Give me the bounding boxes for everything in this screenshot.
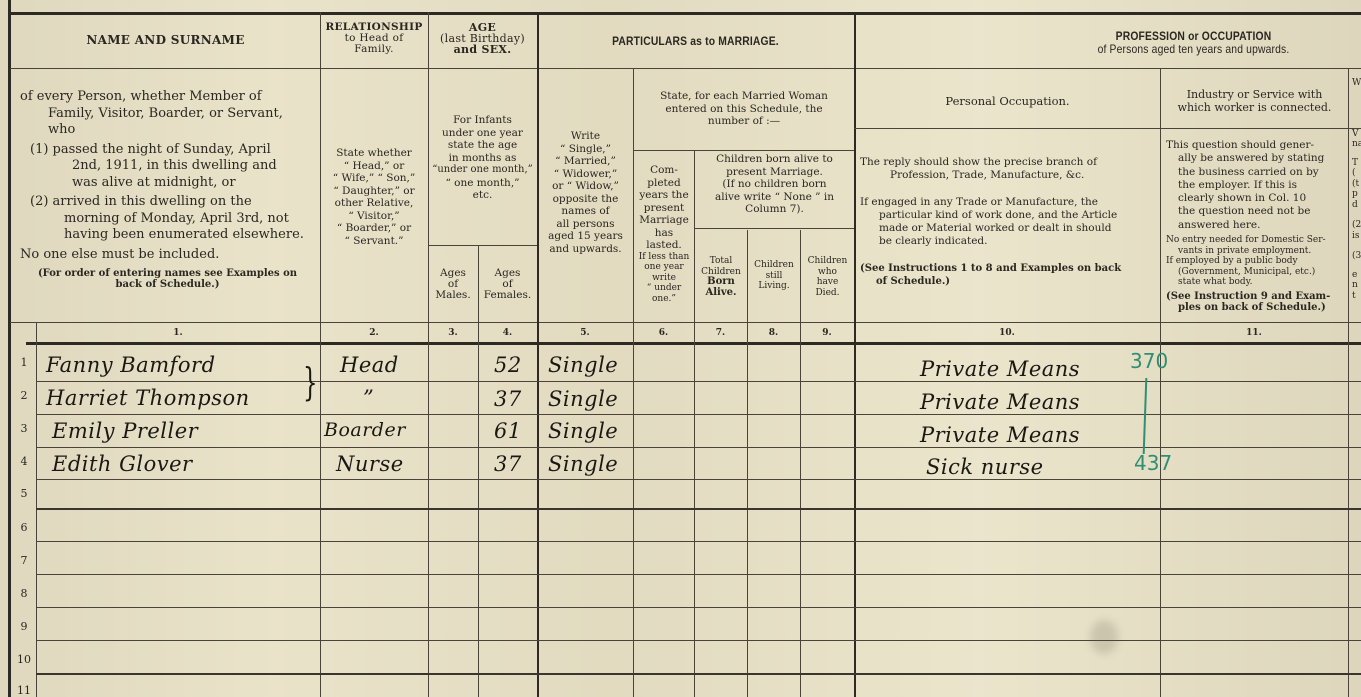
partial-glyph: (3 [1352, 251, 1361, 262]
col-number-9: 9. [800, 328, 854, 338]
col-number-6: 6. [633, 328, 694, 338]
instr-line: vants in private employment. [1166, 246, 1346, 257]
header-relationship: RELATIONSHIP to Head of Family. [320, 22, 428, 55]
instr-line: opposite the [538, 193, 633, 206]
instr-line: particular kind of work done, and the Ar… [860, 209, 1158, 222]
row-number: 1 [14, 356, 34, 369]
instr-line: “ one month,” [428, 177, 537, 190]
instr-line: Com- [634, 164, 694, 177]
row-rule [36, 607, 1361, 608]
instr-line: answered here. [1166, 219, 1346, 232]
row-rule [36, 541, 1361, 542]
instr-line: Children [801, 256, 854, 267]
children-split-rule [694, 228, 854, 229]
partial-glyph: p [1352, 189, 1361, 200]
instr-line: of every Person, whether Member of [20, 89, 315, 106]
entry-marital: Single [548, 452, 618, 476]
instr-line: other Relative, [322, 197, 426, 210]
paper-smudge [1090, 620, 1118, 654]
instr-line: aged 15 years [538, 230, 633, 243]
instr-line: Family, Visitor, Boarder, or Servant, [20, 106, 315, 123]
instr-line: in months as [428, 152, 537, 165]
partial-glyph: e [1352, 270, 1361, 281]
instr-line: The reply should show the precise branch… [860, 156, 1158, 169]
enumerator-ditto-line [1143, 378, 1148, 454]
entry-age-female: 61 [494, 419, 522, 443]
instr-line: years the [634, 189, 694, 202]
instr-line: Children born alive to [695, 153, 854, 166]
instr-line: having been enumerated elsewhere. [20, 227, 315, 244]
children-group-instructions: Children born alive to present Marriage.… [695, 153, 854, 216]
instr-line: “ Wife,” “ Son,” [322, 172, 426, 185]
instr-line: State whether [322, 147, 426, 160]
instr-line: of Schedule.) [860, 275, 1158, 288]
instr-line: Alive. [695, 288, 747, 299]
instr-line: which worker is connected. [1161, 102, 1348, 115]
header-name: NAME AND SURNAME [11, 34, 320, 47]
entry-occupation: Private Means [920, 357, 1080, 381]
instr-line: and upwards. [538, 243, 633, 256]
instr-line: present Marriage. [695, 166, 854, 179]
col-sep-total [694, 150, 695, 697]
instr-line: number of :— [634, 115, 854, 128]
row-number: 4 [14, 455, 34, 468]
instr-line: “ Daughter,” or [322, 185, 426, 198]
row-rule [36, 381, 1361, 382]
children-living-label: Children still Living. [748, 260, 800, 292]
entry-age-female: 37 [494, 387, 522, 411]
row-rule [36, 479, 1361, 480]
instr-line: “ Married,” [538, 155, 633, 168]
years-married-note: If less than one year write “ under one.… [634, 252, 694, 305]
col-sep-age-mf [478, 245, 479, 697]
entry-name: Emily Preller [52, 419, 198, 443]
personal-occupation-instructions: The reply should show the precise branch… [860, 156, 1158, 288]
entry-occupation: Sick nurse [926, 455, 1044, 479]
instr-line: “ Head,” or [322, 160, 426, 173]
instr-line: Born [695, 277, 747, 288]
years-married-instructions: Com- pleted years the present Marriage h… [634, 164, 694, 304]
partial-glyph: V [1352, 129, 1361, 140]
instr-line: who [801, 267, 854, 278]
entry-marital: Single [548, 419, 618, 443]
instr-line: No one else must be included. [20, 247, 315, 264]
row-number: 7 [14, 554, 34, 567]
instr-line: ples on back of Schedule.) [1166, 302, 1346, 313]
top-rule [10, 12, 1361, 15]
col-number-1: 1. [36, 328, 320, 338]
instr-line: If engaged in any Trade or Manufacture, … [860, 196, 1158, 209]
entry-relationship: ” [363, 386, 374, 410]
instr-line: (1) passed the night of Sunday, April [20, 142, 315, 159]
instr-line: (2) arrived in this dwelling on the [20, 194, 315, 211]
instr-line: Marriage [634, 214, 694, 227]
instr-line: Total [695, 256, 747, 267]
instr-line: Write [538, 130, 633, 143]
instr-line: Died. [801, 288, 854, 299]
partial-glyph: T [1352, 158, 1361, 169]
occupation-subtitle-rule [854, 128, 1361, 129]
instr-line: (Government, Municipal, etc.) [1166, 267, 1346, 278]
entry-relationship: Head [340, 353, 399, 377]
partial-glyph: is [1352, 231, 1361, 242]
relationship-instructions: State whether “ Head,” or “ Wife,” “ Son… [322, 147, 426, 247]
industry-title: Industry or Service with which worker is… [1161, 89, 1348, 114]
industry-domestic-note: No entry needed for Domestic Ser- vants … [1166, 235, 1346, 288]
instr-line: Females. [478, 290, 537, 301]
col-sep-occupation [854, 12, 856, 697]
married-woman-instructions: State, for each Married Woman entered on… [634, 90, 854, 128]
entry-relationship: Boarder [324, 419, 406, 441]
instr-line: names of [538, 205, 633, 218]
partial-glyph: (t [1352, 179, 1361, 190]
instr-line: write [634, 273, 694, 284]
col-number-2: 2. [320, 328, 428, 338]
instr-line: State, for each Married Woman [634, 90, 854, 103]
instr-line: “ Widower,” [538, 168, 633, 181]
instr-note-line: back of Schedule.) [20, 279, 315, 290]
entry-name: Fanny Bamford [46, 353, 216, 377]
partial-glyph: n [1352, 280, 1361, 291]
header-bottom-rule [10, 322, 1361, 323]
col-number-7: 7. [694, 328, 747, 338]
row-rule [36, 574, 1361, 575]
col-sep-died [800, 230, 801, 697]
instr-line: was alive at midnight, or [20, 175, 315, 192]
instr-line: alive write “ None ” in [695, 191, 854, 204]
children-died-label: Children who have Died. [801, 256, 854, 298]
marital-instructions: Write “ Single,” “ Married,” “ Widower,”… [538, 130, 633, 255]
col-sep-years [633, 68, 634, 697]
instr-line: the question need not be [1166, 205, 1346, 218]
entry-name: Harriet Thompson [46, 386, 250, 410]
instr-line: all persons [538, 218, 633, 231]
instr-note-line: (For order of entering names see Example… [20, 268, 315, 279]
instr-line: the business carried on by [1166, 166, 1346, 179]
entry-marital: Single [548, 353, 618, 377]
infant-split-rule [428, 245, 537, 246]
industry-see-note: (See Instruction 9 and Exam- ples on bac… [1166, 291, 1346, 313]
entry-name: Edith Glover [52, 452, 193, 476]
row-rule-section [36, 508, 1361, 510]
instr-line: has [634, 227, 694, 240]
instr-line: “ Visitor,” [322, 210, 426, 223]
instr-line: If less than [634, 252, 694, 263]
row-number: 3 [14, 422, 34, 435]
instr-line: “ Servant.” [322, 235, 426, 248]
instr-line: or “ Widow,” [538, 180, 633, 193]
instr-line: one year [634, 262, 694, 273]
instr-line: Males. [428, 290, 478, 301]
instr-line: morning of Monday, April 3rd, not [20, 211, 315, 228]
enumerator-code-top: 370 [1130, 349, 1168, 373]
instr-line: still [748, 271, 800, 282]
instr-line: pleted [634, 177, 694, 190]
instr-line: “ Boarder,” or [322, 222, 426, 235]
col-sep-partial [1348, 68, 1349, 697]
instr-line: ally be answered by stating [1166, 152, 1346, 165]
row-number: 5 [14, 487, 34, 500]
header-occupation-sub: of Persons aged ten years and upwards. [889, 43, 1325, 56]
instr-line: Industry or Service with [1161, 89, 1348, 102]
bracket-rows-1-2: } [303, 360, 318, 404]
instr-line: state the age [428, 139, 537, 152]
row-number: 11 [14, 684, 34, 697]
partial-glyph: d [1352, 200, 1361, 211]
title-row-rule [10, 68, 1361, 69]
header-age-line: and SEX. [428, 44, 537, 55]
instr-line: etc. [428, 189, 537, 202]
instr-line: Children [748, 260, 800, 271]
instr-line: under one year [428, 127, 537, 140]
col-number-11: 11. [1160, 328, 1348, 338]
row-rule [36, 447, 1361, 448]
instr-line: 2nd, 1911, in this dwelling and [20, 158, 315, 175]
instr-line: For Infants [428, 114, 537, 127]
enumerator-code-bottom: 437 [1134, 451, 1172, 475]
partial-glyph: t [1352, 291, 1361, 302]
entry-relationship: Nurse [336, 452, 404, 476]
ages-females-label: Ages of Females. [478, 268, 537, 301]
header-occupation: PROFESSION or OCCUPATION of Persons aged… [889, 30, 1325, 56]
instr-line: “ under [634, 283, 694, 294]
instr-line: “under one month,” [428, 164, 537, 177]
instr-note: (For order of entering names see Example… [20, 268, 315, 290]
col-sep-relationship [320, 12, 321, 697]
instr-line: have [801, 277, 854, 288]
instr-line: Living. [748, 281, 800, 292]
row-rule-section [36, 673, 1361, 675]
entry-age-female: 37 [494, 452, 522, 476]
ages-males-label: Ages of Males. [428, 268, 478, 301]
col-sep-living [747, 230, 748, 697]
instr-line: No entry needed for Domestic Ser- [1166, 235, 1346, 246]
partial-glyph: ( [1352, 168, 1361, 179]
instr-line: Profession, Trade, Manufacture, &c. [860, 169, 1158, 182]
entry-age-female: 52 [494, 353, 522, 377]
industry-instructions: This question should gener- ally be answ… [1166, 139, 1346, 313]
col-number-5: 5. [537, 328, 633, 338]
instr-line: “ Single,” [538, 143, 633, 156]
entry-occupation: Private Means [920, 390, 1080, 414]
row-number: 9 [14, 620, 34, 633]
instr-line: be clearly indicated. [860, 235, 1158, 248]
header-marriage: PARTICULARS as to MARRIAGE. [559, 35, 832, 48]
personal-occupation-title: Personal Occupation. [855, 95, 1160, 108]
partial-glyph: (2 [1352, 220, 1361, 231]
instr-line: entered on this Schedule, the [634, 103, 854, 116]
instr-line: Column 7). [695, 203, 854, 216]
left-border [8, 0, 11, 697]
partial-column-text: W V na T ( (t p d (2 is (3 e n t [1352, 78, 1361, 301]
instr-line: the employer. If this is [1166, 179, 1346, 192]
col-number-10: 10. [854, 328, 1160, 338]
row-rule [36, 640, 1361, 641]
row-rule [36, 414, 1361, 415]
entry-occupation: Private Means [920, 423, 1080, 447]
instr-line: (If no children born [695, 178, 854, 191]
instr-line: (See Instructions 1 to 8 and Examples on… [860, 262, 1158, 275]
instr-line: This question should gener- [1166, 139, 1346, 152]
instr-line: made or Material worked or dealt in shou… [860, 222, 1158, 235]
instr-line: one.” [634, 294, 694, 305]
col-sep-industry [1160, 68, 1161, 697]
col-number-8: 8. [747, 328, 800, 338]
total-children-label: Total Children Born Alive. [695, 256, 747, 298]
infants-instructions: For Infants under one year state the age… [428, 114, 537, 202]
name-instructions: of every Person, whether Member of Famil… [20, 89, 315, 290]
header-age: AGE (last Birthday) and SEX. [428, 22, 537, 55]
row-number: 10 [14, 653, 34, 666]
instr-line: (See Instruction 9 and Exam- [1166, 291, 1346, 302]
instr-line: who [20, 122, 315, 139]
row-number: 8 [14, 587, 34, 600]
instr-line: clearly shown in Col. 10 [1166, 192, 1346, 205]
instr-line: present [634, 202, 694, 215]
instr-line: lasted. [634, 239, 694, 252]
entry-marital: Single [548, 387, 618, 411]
row-number: 6 [14, 521, 34, 534]
row-number: 2 [14, 389, 34, 402]
instr-line: state what body. [1166, 277, 1346, 288]
instr-line: If employed by a public body [1166, 256, 1346, 267]
col-number-4: 4. [478, 328, 537, 338]
col-sep-marriage [537, 12, 539, 697]
partial-glyph: W [1352, 78, 1361, 89]
married-woman-rule [633, 150, 854, 151]
partial-glyph: na [1352, 139, 1361, 150]
col-number-3: 3. [428, 328, 478, 338]
header-relationship-line: Family. [320, 44, 428, 55]
